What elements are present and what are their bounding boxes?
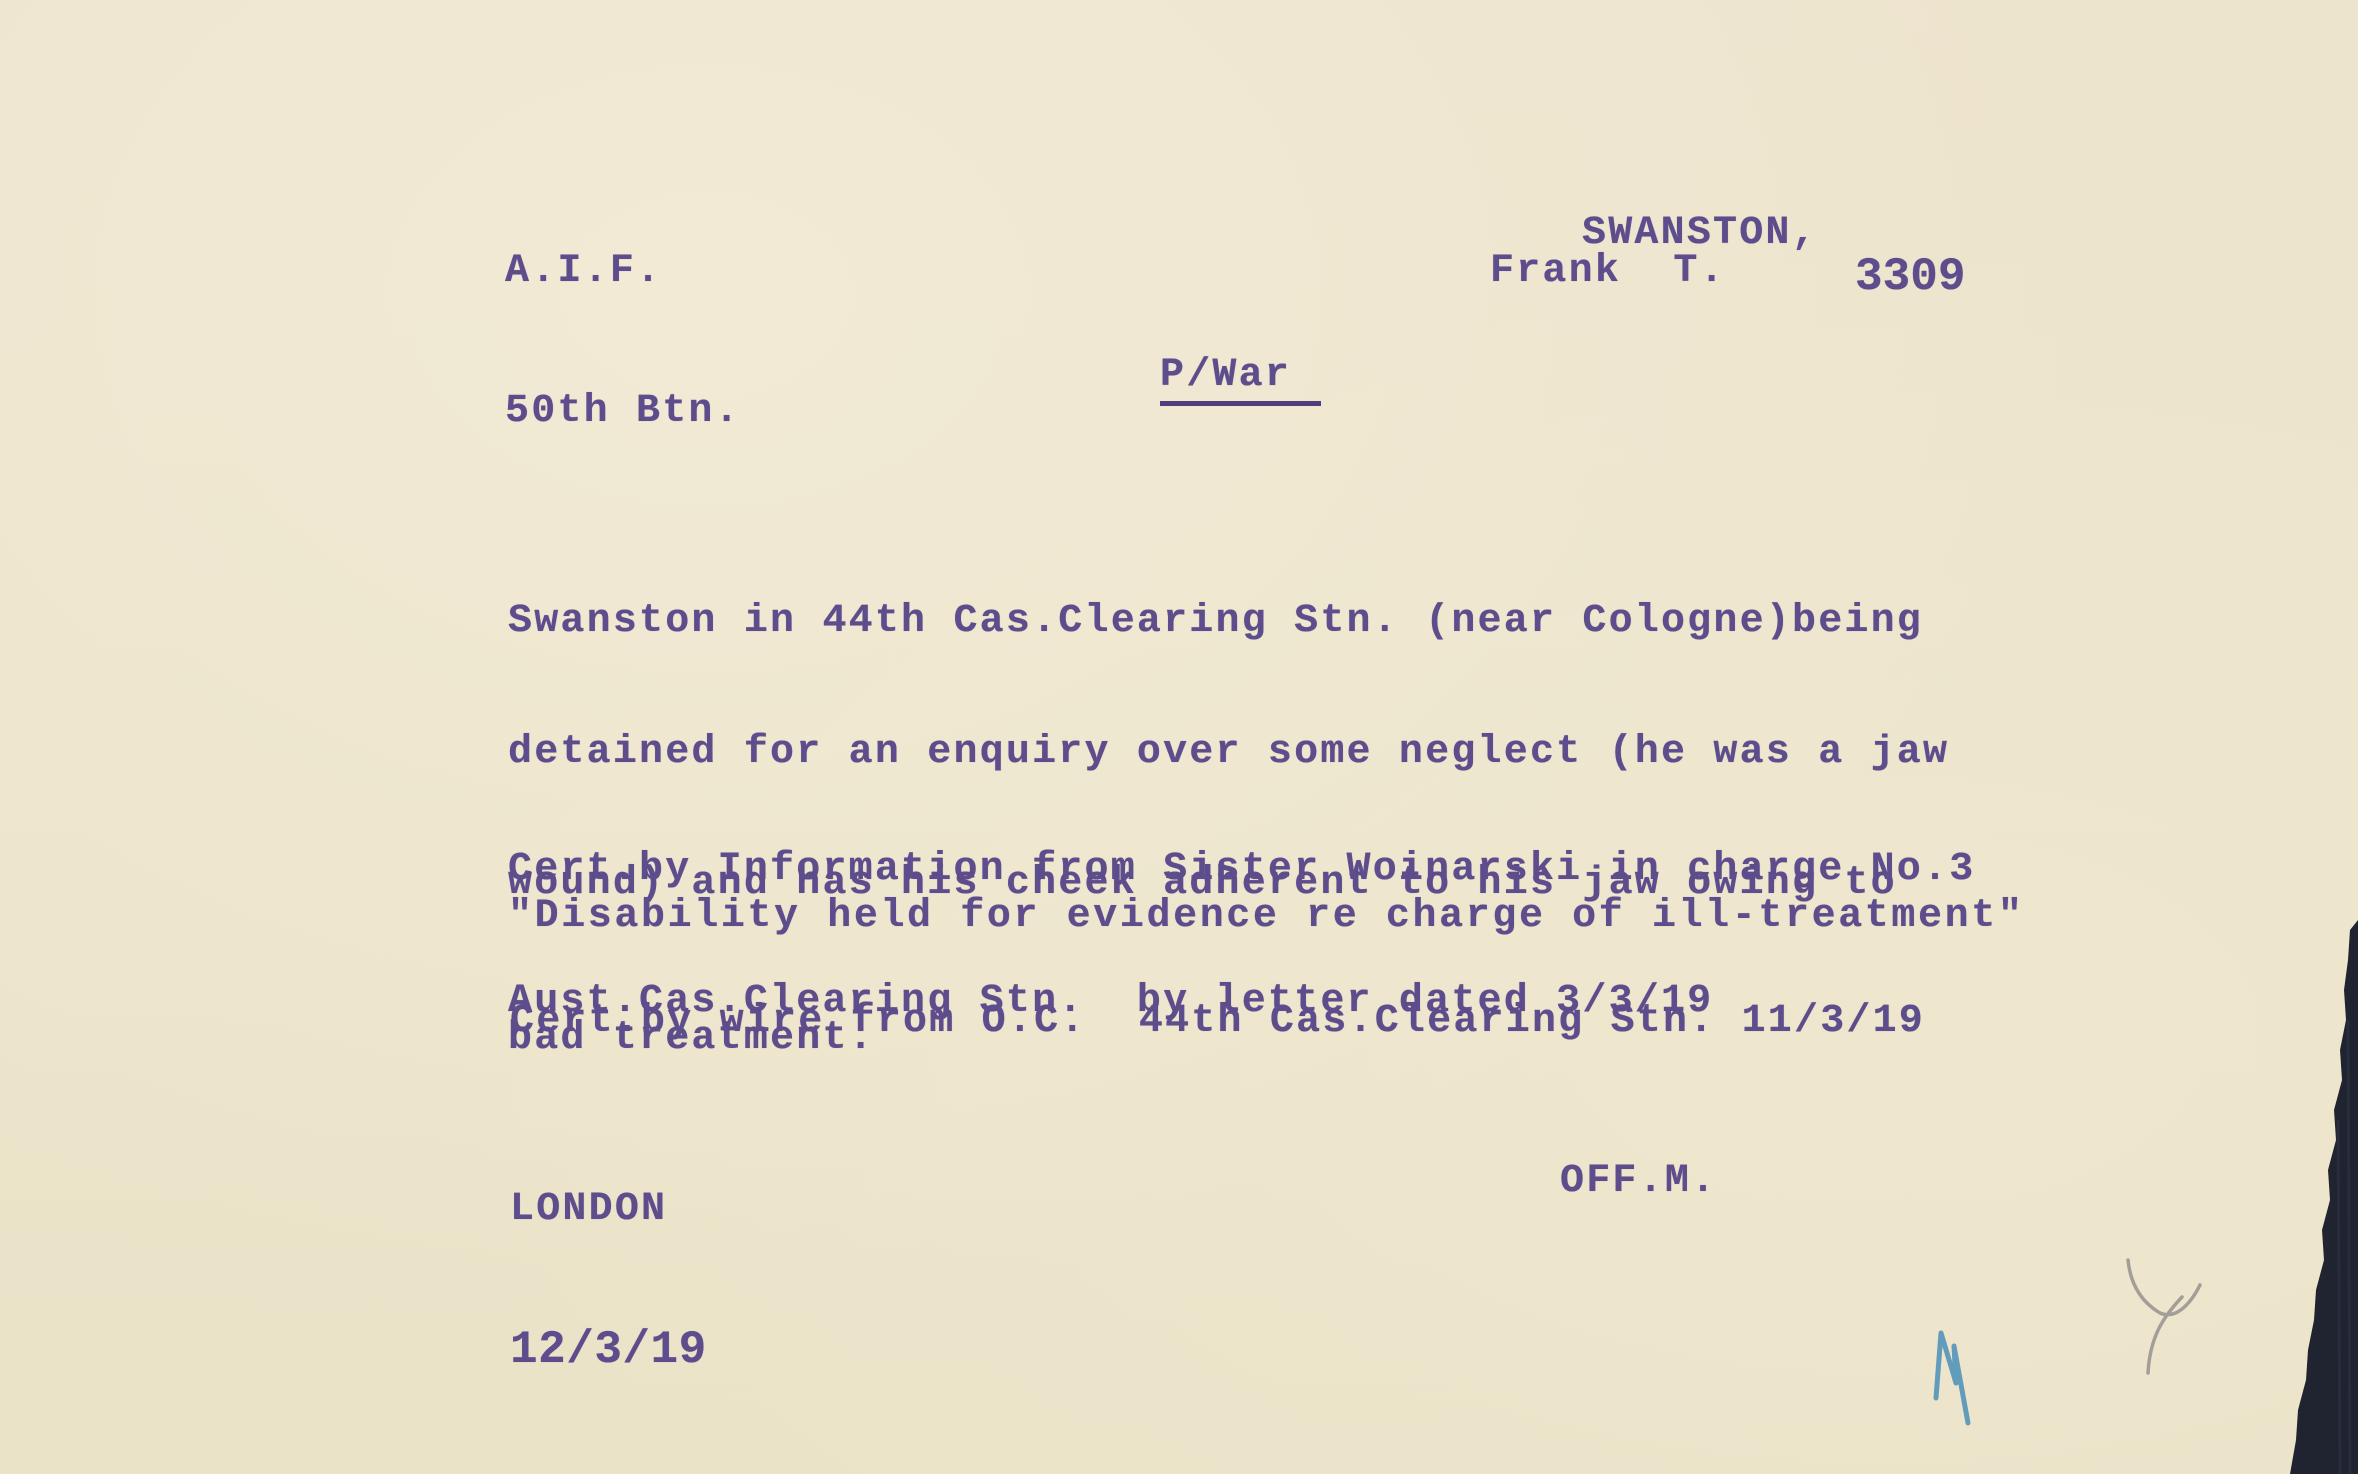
- place-date-block: LONDON 12/3/19: [510, 1100, 707, 1468]
- certification-line: Cert.by Information from Sister Woinarsk…: [508, 848, 1975, 892]
- disability-quote: "Disability held for evidence re charge …: [508, 895, 2024, 939]
- handwritten-4-annotation: [2120, 1255, 2210, 1385]
- handwritten-m-annotation: [1928, 1328, 1978, 1428]
- given-names: Frank T.: [1490, 250, 1726, 294]
- date-label: 12/3/19: [510, 1328, 707, 1380]
- unit-block: A.I.F. 50th Btn.: [505, 162, 741, 530]
- certification-wire: Cert.by wire from O.C. 44th Cas.Clearing…: [510, 1000, 1925, 1044]
- office-label: OFF.M.: [1560, 1160, 1717, 1204]
- torn-paper-edge: [2268, 920, 2358, 1474]
- place-label: LONDON: [510, 1188, 707, 1240]
- battalion-label: 50th Btn.: [505, 390, 741, 442]
- category-heading: P/War: [1160, 354, 1321, 406]
- index-card: A.I.F. 50th Btn. SWANSTON, Frank T. 3309…: [0, 0, 2358, 1474]
- report-line: Swanston in 44th Cas.Clearing Stn. (near…: [508, 600, 1949, 643]
- service-number: 3309: [1855, 255, 1965, 299]
- force-label: A.I.F.: [505, 250, 741, 302]
